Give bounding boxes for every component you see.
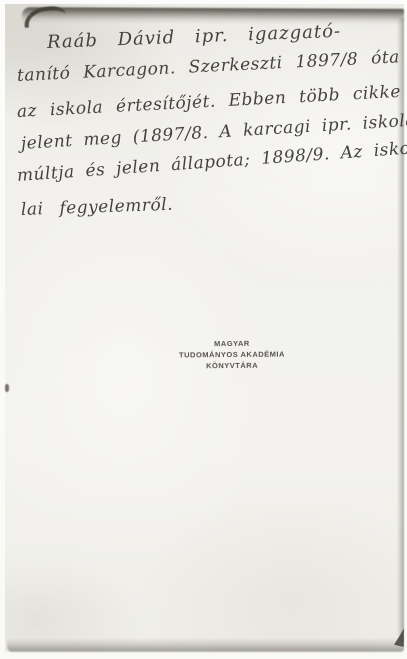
- left-edge-nick: [5, 384, 9, 392]
- library-stamp: MAGYAR TUDOMÁNYOS AKADÉMIA KÖNYVTÁRA: [172, 337, 292, 371]
- page-bottom-edge-shadow: [7, 638, 404, 652]
- stamp-line: KÖNYVTÁRA: [172, 359, 292, 371]
- handwriting-line: lai fegyelemről.: [21, 195, 174, 220]
- handwriting-line: Raáb Dávid ipr. igazgató-: [47, 21, 342, 53]
- book-page: Raáb Dávid ipr. igazgató- tanító Karcago…: [5, 4, 404, 652]
- page-top-edge-shadow: [22, 7, 404, 25]
- scanned-page-photo: Raáb Dávid ipr. igazgató- tanító Karcago…: [0, 0, 407, 659]
- stamp-line: TUDOMÁNYOS AKADÉMIA: [172, 348, 292, 360]
- handwriting-line: tanító Karcagon. Szerkeszti 1897/8 óta: [17, 47, 401, 86]
